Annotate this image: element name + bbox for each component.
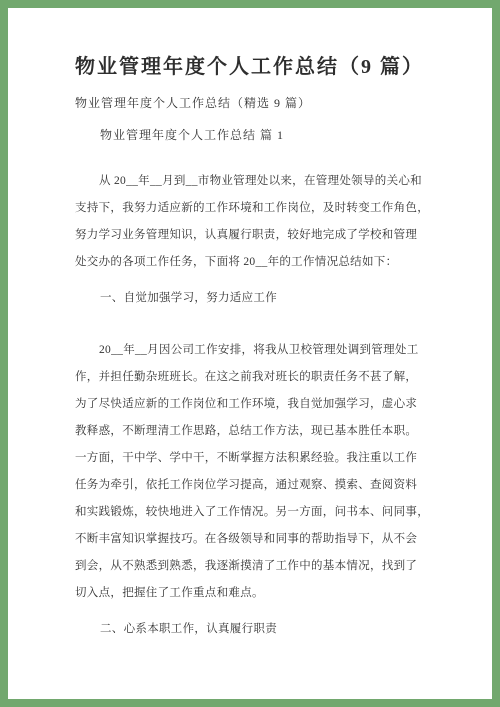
text-line: 不断丰富知识掌握技巧。在各级领导和同事的帮助指导下，从不会 (75, 526, 452, 553)
text-line: 切入点，把握住了工作重点和难点。 (75, 580, 452, 607)
text-line: 教释惑，不断理清工作思路，总结工作方法，现已基本胜任本职。 (75, 418, 452, 445)
section-heading: 二、心系本职工作，认真履行职责 (75, 616, 452, 643)
text-line: 支持下，我努力适应新的工作环境和工作岗位，及时转变工作角色， (75, 195, 452, 222)
text-line: 和实践锻炼，较快地进入了工作情况。另一方面，问书本、问同事， (75, 499, 452, 526)
document-title: 物业管理年度个人工作总结（9 篇） (75, 52, 452, 82)
paragraph: 20__年__月因公司工作安排，将我从卫校管理处调到管理处工作，并担任勤杂班班长… (75, 337, 452, 607)
text-line: 一方面，干中学、学中干，不断掌握方法积累经验。我注重以工作 (75, 445, 452, 472)
text-line: 任务为牵引，依托工作岗位学习提高，通过观察、摸索、查阅资料 (75, 472, 452, 499)
document-page: 物业管理年度个人工作总结（9 篇） 物业管理年度个人工作总结（精选 9 篇） 物… (0, 0, 500, 707)
document-content: 物业管理年度个人工作总结（9 篇） 物业管理年度个人工作总结（精选 9 篇） 物… (8, 8, 492, 699)
text-line: 二、心系本职工作，认真履行职责 (100, 616, 452, 643)
text-line: 努力学习业务管理知识，认真履行职责，较好地完成了学校和管理 (75, 222, 452, 249)
text-line: 为了尽快适应新的工作岗位和工作环境，我自觉加强学习，虚心求 (75, 391, 452, 418)
text-line: 一、自觉加强学习，努力适应工作 (100, 285, 452, 312)
paragraph: 从 20__年__月到__市物业管理处以来，在管理处领导的关心和支持下，我努力适… (75, 168, 452, 276)
section-heading: 一、自觉加强学习，努力适应工作 (75, 285, 452, 312)
document-subtitle: 物业管理年度个人工作总结（精选 9 篇） (75, 95, 452, 111)
text-line: 从 20__年__月到__市物业管理处以来，在管理处领导的关心和 (75, 168, 452, 195)
text-line: 作，并担任勤杂班班长。在这之前我对班长的职责任务不甚了解， (75, 364, 452, 391)
section-heading-1: 物业管理年度个人工作总结 篇 1 (75, 127, 452, 143)
document-body: 从 20__年__月到__市物业管理处以来，在管理处领导的关心和支持下，我努力适… (75, 168, 452, 643)
text-line: 到会，从不熟悉到熟悉，我逐渐摸清了工作中的基本情况，找到了 (75, 553, 452, 580)
text-line: 20__年__月因公司工作安排，将我从卫校管理处调到管理处工 (75, 337, 452, 364)
text-line: 处交办的各项工作任务，下面将 20__年的工作情况总结如下： (75, 249, 452, 276)
